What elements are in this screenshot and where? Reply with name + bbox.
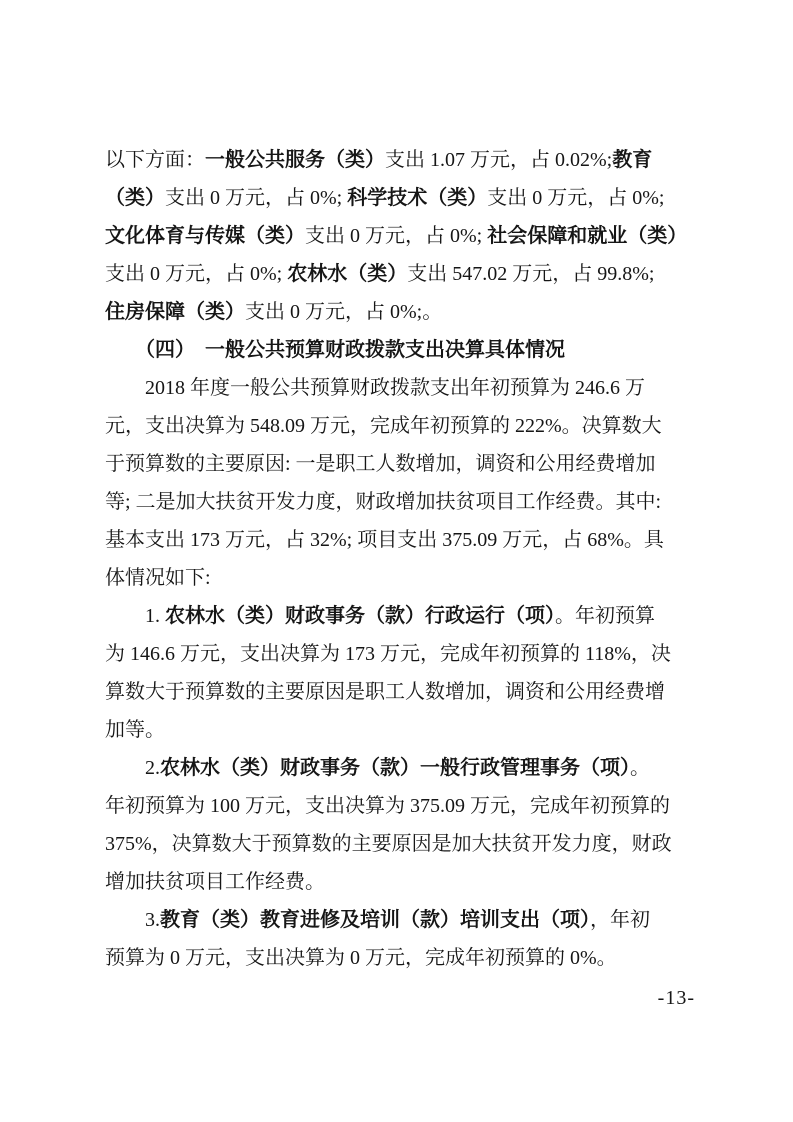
bold-text-segment: 农林水（类） [287, 263, 407, 285]
bold-text-segment: 农林水（类）财政事务（款）一般行政管理事务（项） [160, 757, 630, 779]
expenditure-by-function-breakdown: 以下方面：一般公共服务（类）支出 1.07 万元，占 0.02%;教育（类）支出… [105, 141, 701, 331]
page-number: -13- [105, 984, 695, 1012]
bold-text-segment: （类） [105, 187, 165, 209]
budget-overview-paragraph: 2018 年度一般公共预算财政拨款支出年初预算为 246.6 万元，支出决算为 … [105, 369, 701, 597]
text-segment: 支出 0 万元，占 0%; [165, 187, 347, 209]
text-segment: 1. [105, 605, 165, 627]
text-segment: 2018 年度一般公共预算财政拨款支出年初预算为 246.6 万 [105, 377, 645, 399]
bold-text-segment: 一般公共服务（类） [205, 149, 385, 171]
document-page: 以下方面：一般公共服务（类）支出 1.07 万元，占 0.02%;教育（类）支出… [0, 0, 793, 1122]
bold-text-segment: 教育 [612, 149, 652, 171]
text-segment: 支出 547.02 万元，占 99.8%; [407, 263, 654, 285]
text-line: 文化体育与传媒（类）支出 0 万元，占 0%; 社会保障和就业（类） [105, 217, 701, 255]
bold-text-segment: 社会保障和就业（类） [487, 225, 687, 247]
bold-text-segment: 文化体育与传媒（类） [105, 225, 305, 247]
text-line: 为 146.6 万元，支出决算为 173 万元，完成年初预算的 118%，决 [105, 635, 701, 673]
text-segment: 支出 0 万元，占 0%; [487, 187, 664, 209]
text-segment: 支出 0 万元，占 0%; [105, 263, 287, 285]
document-body: 以下方面：一般公共服务（类）支出 1.07 万元，占 0.02%;教育（类）支出… [105, 141, 701, 977]
section-heading-4: （四） 一般公共预算财政拨款支出决算具体情况 [105, 331, 701, 369]
text-line: 加等。 [105, 711, 701, 749]
bold-text-segment: （四） 一般公共预算财政拨款支出决算具体情况 [105, 339, 565, 361]
item-1-administrative-operation: 1. 农林水（类）财政事务（款）行政运行（项）。年初预算为 146.6 万元，支… [105, 597, 701, 749]
text-line: 1. 农林水（类）财政事务（款）行政运行（项）。年初预算 [105, 597, 701, 635]
text-line: 375%，决算数大于预算数的主要原因是加大扶贫开发力度，财政 [105, 825, 701, 863]
bold-text-segment: 科学技术（类） [347, 187, 487, 209]
bold-text-segment: 住房保障（类） [105, 301, 245, 323]
text-line: 体情况如下: [105, 559, 701, 597]
text-line: 支出 0 万元，占 0%; 农林水（类）支出 547.02 万元，占 99.8%… [105, 255, 701, 293]
text-line: 年初预算为 100 万元，支出决算为 375.09 万元，完成年初预算的 [105, 787, 701, 825]
text-line: 预算为 0 万元，支出决算为 0 万元，完成年初预算的 0%。 [105, 939, 701, 977]
text-line: 增加扶贫项目工作经费。 [105, 863, 701, 901]
text-line: （类）支出 0 万元，占 0%; 科学技术（类）支出 0 万元，占 0%; [105, 179, 701, 217]
text-line: 住房保障（类）支出 0 万元，占 0%;。 [105, 293, 701, 331]
text-segment: 为 146.6 万元，支出决算为 173 万元，完成年初预算的 118%，决 [105, 643, 671, 665]
text-segment: 加等。 [105, 719, 165, 741]
text-segment: 支出 1.07 万元，占 0.02%; [385, 149, 612, 171]
text-line: 2.农林水（类）财政事务（款）一般行政管理事务（项）。 [105, 749, 701, 787]
text-line: 2018 年度一般公共预算财政拨款支出年初预算为 246.6 万 [105, 369, 701, 407]
text-line: 元，支出决算为 548.09 万元，完成年初预算的 222%。决算数大 [105, 407, 701, 445]
text-line: 基本支出 173 万元，占 32%; 项目支出 375.09 万元，占 68%。… [105, 521, 701, 559]
item-2-general-admin-affairs: 2.农林水（类）财政事务（款）一般行政管理事务（项）。年初预算为 100 万元，… [105, 749, 701, 901]
text-segment: ，年初 [590, 909, 650, 931]
bold-text-segment: 教育（类）教育进修及培训（款）培训支出（项） [160, 909, 590, 931]
text-segment: 预算为 0 万元，支出决算为 0 万元，完成年初预算的 0%。 [105, 947, 617, 969]
text-segment: 元，支出决算为 548.09 万元，完成年初预算的 222%。决算数大 [105, 415, 662, 437]
text-segment: 支出 0 万元，占 0%;。 [245, 301, 442, 323]
text-line: 以下方面：一般公共服务（类）支出 1.07 万元，占 0.02%;教育 [105, 141, 701, 179]
text-line: 算数大于预算数的主要原因是职工人数增加，调资和公用经费增 [105, 673, 701, 711]
text-segment: 年初预算为 100 万元，支出决算为 375.09 万元，完成年初预算的 [105, 795, 670, 817]
text-line: 于预算数的主要原因: 一是职工人数增加，调资和公用经费增加 [105, 445, 701, 483]
text-line: （四） 一般公共预算财政拨款支出决算具体情况 [105, 331, 701, 369]
text-segment: 算数大于预算数的主要原因是职工人数增加，调资和公用经费增 [105, 681, 665, 703]
item-3-training-expenditure: 3.教育（类）教育进修及培训（款）培训支出（项），年初预算为 0 万元，支出决算… [105, 901, 701, 977]
text-segment: 375%，决算数大于预算数的主要原因是加大扶贫开发力度，财政 [105, 833, 672, 855]
text-line: 3.教育（类）教育进修及培训（款）培训支出（项），年初 [105, 901, 701, 939]
text-segment: 2. [105, 757, 160, 779]
text-segment: 于预算数的主要原因: 一是职工人数增加，调资和公用经费增加 [105, 453, 656, 475]
text-segment: 体情况如下: [105, 567, 211, 589]
bold-text-segment: 农林水（类）财政事务（款）行政运行（项） [165, 605, 555, 627]
text-segment: 。年初预算 [555, 605, 655, 627]
text-segment: 。 [630, 757, 650, 779]
text-line: 等; 二是加大扶贫开发力度，财政增加扶贫项目工作经费。其中: [105, 483, 701, 521]
text-segment: 以下方面： [105, 149, 205, 171]
text-segment: 3. [105, 909, 160, 931]
text-segment: 基本支出 173 万元，占 32%; 项目支出 375.09 万元，占 68%。… [105, 529, 664, 551]
text-segment: 支出 0 万元，占 0%; [305, 225, 487, 247]
text-segment: 等; 二是加大扶贫开发力度，财政增加扶贫项目工作经费。其中: [105, 491, 661, 513]
text-segment: 增加扶贫项目工作经费。 [105, 871, 325, 893]
